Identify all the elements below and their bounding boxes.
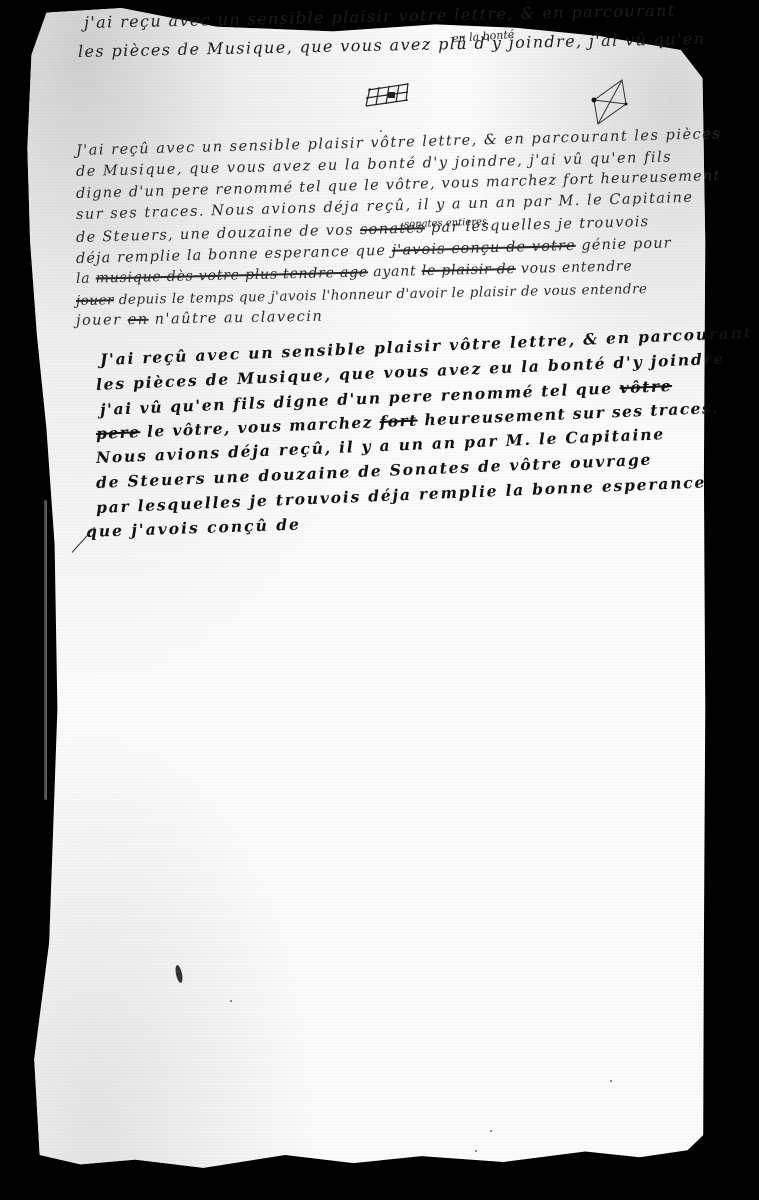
draft2-line-9-text: jouer <box>76 312 122 329</box>
draft2-line-9-struck: en <box>128 312 149 328</box>
paper-speck <box>475 1150 477 1152</box>
draft2-line-9-after: n'aûtre au clavecin <box>155 309 324 328</box>
grid-sketch-icon <box>362 80 412 110</box>
page-edge-shadow <box>44 500 47 800</box>
paper-speck <box>380 130 382 132</box>
paper-speck <box>490 1130 492 1132</box>
draft3-line-3-struck: vôtre <box>619 376 672 397</box>
draft3-line-4-struck-2: fort <box>379 411 418 432</box>
draft2-line-8-struck: jouer <box>76 292 114 309</box>
draft2-line-7-struck-2: le plaisir de <box>422 261 516 279</box>
draft2-line-7-after: ayant <box>373 263 417 280</box>
draft3-line-4-struck: pere <box>96 422 141 443</box>
draft2-line-7-text: la <box>76 271 91 287</box>
draft2-line-6-after: génie pour <box>581 235 672 253</box>
draft2-line-5-struck: sonates <box>360 220 426 238</box>
quadrilateral-sketch-icon <box>584 74 632 130</box>
paper-speck <box>230 1000 232 1002</box>
paper-speck <box>610 1080 612 1082</box>
draft2-line-7-after-2: vous entendre <box>521 258 633 277</box>
